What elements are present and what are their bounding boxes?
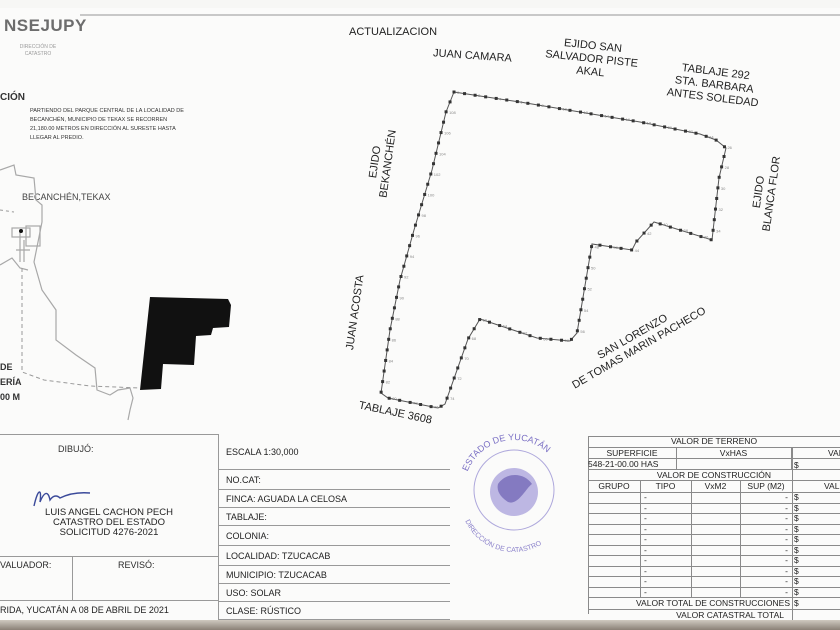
svg-text:28: 28 xyxy=(725,165,730,170)
property-field: MUNICIPIO: TZUCACAB xyxy=(218,566,450,584)
svg-text:50: 50 xyxy=(591,266,596,271)
svg-text:104: 104 xyxy=(439,151,446,156)
svg-text:100: 100 xyxy=(428,192,435,197)
property-field: NO.CAT: xyxy=(218,470,450,490)
svg-text:14: 14 xyxy=(605,114,610,119)
svg-text:84: 84 xyxy=(389,358,394,363)
construction-value-cell: $ xyxy=(794,524,804,534)
property-field: ESCALA 1:30,000 xyxy=(218,436,450,470)
svg-text:78: 78 xyxy=(413,400,418,405)
svg-text:DIRECCIÓN DE CATASTRO: DIRECCIÓN DE CATASTRO xyxy=(463,519,543,554)
svg-text:26: 26 xyxy=(727,145,732,150)
svg-text:102: 102 xyxy=(434,172,441,177)
official-seal: ESTADO DE YUCATÁN DIRECCIÓN DE CATASTRO xyxy=(446,422,582,558)
total-constructions-value: $ xyxy=(794,598,804,608)
svg-text:72: 72 xyxy=(457,376,462,381)
svg-text:36: 36 xyxy=(704,235,709,240)
svg-text:52: 52 xyxy=(587,287,592,292)
date-divider xyxy=(0,600,218,601)
construction-area-cell: - xyxy=(778,534,788,544)
construction-area-cell: - xyxy=(778,576,788,586)
plan-title: ACTUALIZACION xyxy=(349,26,437,38)
cadastral-total-label: VALOR CATASTRAL TOTAL xyxy=(588,610,784,620)
construction-area-cell: - xyxy=(778,555,788,565)
property-polygon xyxy=(381,92,726,408)
construction-type-cell: - xyxy=(644,524,654,534)
property-field: CLASE: RÚSTICO xyxy=(218,602,450,620)
svg-text:42: 42 xyxy=(647,231,652,236)
svg-text:32: 32 xyxy=(718,207,723,212)
construction-type-cell: - xyxy=(644,566,654,576)
construction-value-cell: $ xyxy=(794,555,804,565)
svg-text:76: 76 xyxy=(434,405,439,410)
svg-text:12: 12 xyxy=(584,110,589,115)
drafter-info: LUIS ANGEL CACHON PECH CATASTRO DEL ESTA… xyxy=(0,508,218,538)
construction-type-cell: - xyxy=(644,513,654,523)
paper-edge xyxy=(0,620,840,630)
construction-value-cell: $ xyxy=(794,576,804,586)
property-field: TABLAJE: xyxy=(218,508,450,526)
drawn-by-label: DIBUJÓ: xyxy=(58,444,94,454)
vxm2-header: VxM2 xyxy=(691,481,740,491)
construction-type-cell: - xyxy=(644,545,654,555)
construction-type-cell: - xyxy=(644,492,654,502)
municipal-boundary xyxy=(0,165,133,420)
surface-header: SUPERFICIE xyxy=(588,448,676,458)
table-rule xyxy=(792,447,793,620)
construction-value-cell: $ xyxy=(794,503,804,513)
polygon-vertices: 0246810121416182022242628303234363840424… xyxy=(380,90,733,410)
property-field: LOCALIDAD: TZUCACAB xyxy=(218,546,450,566)
construction-value-cell: $ xyxy=(794,587,804,597)
land-value-title: VALOR DE TERRENO xyxy=(588,436,840,446)
svg-text:34: 34 xyxy=(716,228,721,233)
property-field: FINCA: AGUADA LA CELOSA xyxy=(218,490,450,508)
construction-area-cell: - xyxy=(778,545,788,555)
construction-type-cell: - xyxy=(644,576,654,586)
svg-text:24: 24 xyxy=(709,134,714,139)
svg-text:ESTADO DE YUCATÁN: ESTADO DE YUCATÁN xyxy=(460,432,552,473)
appraiser-label: VALUADOR: xyxy=(0,560,51,570)
area-header: SUP (M2) xyxy=(740,481,792,491)
total-constructions-label: VALOR TOTAL DE CONSTRUCCIONES xyxy=(588,598,790,608)
surface-value: 548-21-00.00 HAS xyxy=(588,459,678,469)
svg-text:58: 58 xyxy=(565,338,570,343)
svg-text:106: 106 xyxy=(444,131,451,136)
type-header: TIPO xyxy=(640,481,691,491)
construction-value-cell: $ xyxy=(794,513,804,523)
svg-text:98: 98 xyxy=(422,213,427,218)
town-center-marker xyxy=(19,229,23,233)
construction-area-cell: - xyxy=(778,503,788,513)
construction-type-cell: - xyxy=(644,587,654,597)
construction-area-cell: - xyxy=(778,513,788,523)
issue-date: RIDA, YUCATÁN A 08 DE ABRIL DE 2021 xyxy=(0,605,169,615)
construction-area-cell: - xyxy=(778,587,788,597)
construction-area-cell: - xyxy=(778,492,788,502)
svg-text:88: 88 xyxy=(395,316,400,321)
table-rule xyxy=(740,480,741,598)
svg-text:74: 74 xyxy=(450,396,455,401)
svg-text:54: 54 xyxy=(584,308,589,313)
property-location-fill xyxy=(140,297,231,390)
construction-value-cell: $ xyxy=(794,545,804,555)
table-rule xyxy=(691,480,692,598)
svg-text:90: 90 xyxy=(400,295,405,300)
construction-type-cell: - xyxy=(644,503,654,513)
construction-value-header: VAL xyxy=(824,481,840,491)
svg-text:46: 46 xyxy=(614,245,619,250)
svg-text:66: 66 xyxy=(483,318,488,323)
reviewer-label: REVISÓ: xyxy=(118,560,155,570)
svg-text:18: 18 xyxy=(647,121,652,126)
construction-type-cell: - xyxy=(644,555,654,565)
construction-value-cell: $ xyxy=(794,492,804,502)
svg-text:56: 56 xyxy=(580,329,585,334)
svg-text:108: 108 xyxy=(449,110,456,115)
svg-text:16: 16 xyxy=(626,117,631,122)
svg-text:96: 96 xyxy=(415,233,420,238)
svg-text:44: 44 xyxy=(635,248,640,253)
table-rule xyxy=(640,480,641,598)
route-path xyxy=(22,268,140,388)
construction-area-cell: - xyxy=(778,524,788,534)
svg-text:86: 86 xyxy=(392,337,397,342)
construction-value-cell: $ xyxy=(794,566,804,576)
property-field: USO: SOLAR xyxy=(218,584,450,602)
vxhas-header: VxHAS xyxy=(676,448,791,458)
svg-text:92: 92 xyxy=(404,274,409,279)
construction-type-cell: - xyxy=(644,534,654,544)
construction-value-title: VALOR DE CONSTRUCCIÓN xyxy=(588,470,840,480)
request-number: SOLICITUD 4276-2021 xyxy=(0,528,218,538)
svg-text:94: 94 xyxy=(410,254,415,259)
svg-text:60: 60 xyxy=(543,336,548,341)
svg-text:22: 22 xyxy=(689,129,694,134)
svg-text:48: 48 xyxy=(595,245,600,250)
svg-text:62: 62 xyxy=(523,330,528,335)
svg-text:82: 82 xyxy=(386,380,391,385)
group-header: GRUPO xyxy=(588,481,640,491)
construction-area-cell: - xyxy=(778,566,788,576)
construction-value-cell: $ xyxy=(794,534,804,544)
svg-text:20: 20 xyxy=(668,125,673,130)
review-divider xyxy=(72,556,73,600)
svg-text:64: 64 xyxy=(503,324,508,329)
svg-text:80: 80 xyxy=(392,396,397,401)
svg-text:68: 68 xyxy=(472,336,477,341)
svg-text:40: 40 xyxy=(663,222,668,227)
property-field: COLONIA: xyxy=(218,526,450,546)
svg-text:30: 30 xyxy=(721,186,726,191)
svg-text:10: 10 xyxy=(562,107,567,112)
svg-text:70: 70 xyxy=(464,356,469,361)
svg-text:38: 38 xyxy=(684,228,689,233)
land-value-header: VAL xyxy=(828,448,840,458)
